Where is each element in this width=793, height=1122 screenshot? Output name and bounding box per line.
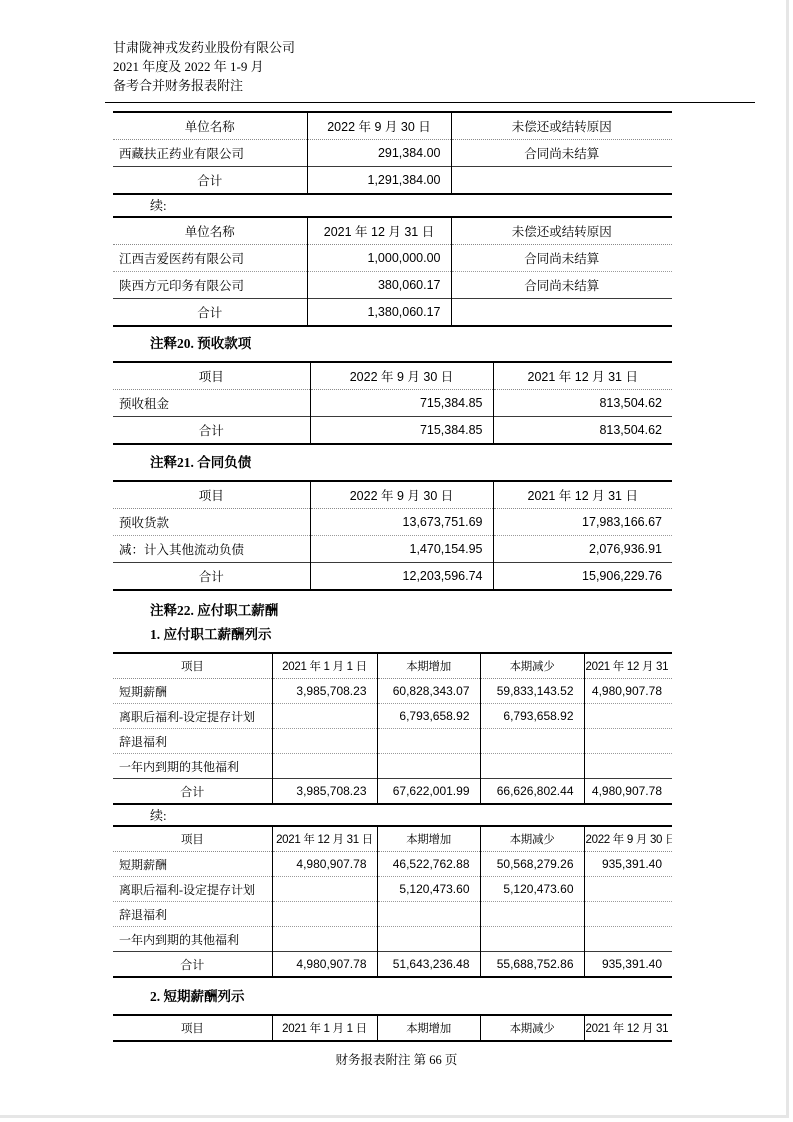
column-header-item: 项目 [113, 1015, 272, 1041]
cell-amount: 715,384.85 [310, 390, 493, 417]
cell-item: 一年内到期的其他福利 [113, 927, 272, 952]
table-row: 一年内到期的其他福利 [113, 754, 672, 779]
cell-unit-name: 西藏扶正药业有限公司 [113, 140, 307, 167]
table-row: 辞退福利 [113, 902, 672, 927]
cell-item: 辞退福利 [113, 902, 272, 927]
column-header-closing: 2021 年 12 月 31 日 [584, 653, 672, 679]
cell-amount [584, 902, 672, 927]
payroll-table-2021: 项目 2021 年 1 月 1 日 本期增加 本期减少 2021 年 12 月 … [113, 652, 672, 805]
cell-item: 预收货款 [113, 509, 310, 536]
table-header-row: 项目 2021 年 12 月 31 日 本期增加 本期减少 2022 年 9 月… [113, 826, 672, 852]
cell-amount: 46,522,762.88 [377, 852, 480, 877]
total-row: 合计 1,291,384.00 [113, 167, 672, 195]
cell-amount [480, 754, 584, 779]
cell-unit-name: 江西吉爱医药有限公司 [113, 245, 307, 272]
cell-amount: 1,000,000.00 [307, 245, 451, 272]
company-name: 甘肃陇神戎发药业股份有限公司 [113, 38, 786, 57]
table-header-row: 单位名称 2022 年 9 月 30 日 未偿还或结转原因 [113, 112, 672, 140]
total-row: 合计 1,380,060.17 [113, 299, 672, 327]
column-header-closing: 2022 年 9 月 30 日 [584, 826, 672, 852]
cell-item: 短期薪酬 [113, 679, 272, 704]
column-header-closing: 2021 年 12 月 31 日 [584, 1015, 672, 1041]
column-header-opening: 2021 年 1 月 1 日 [272, 1015, 377, 1041]
cell-amount: 12,203,596.74 [310, 563, 493, 591]
column-header-opening: 2021 年 12 月 31 日 [272, 826, 377, 852]
table-header-row: 项目 2022 年 9 月 30 日 2021 年 12 月 31 日 [113, 481, 672, 509]
table-row: 短期薪酬 3,985,708.23 60,828,343.07 59,833,1… [113, 679, 672, 704]
column-header-opening: 2021 年 1 月 1 日 [272, 653, 377, 679]
column-header-date: 2022 年 9 月 30 日 [307, 112, 451, 140]
total-row: 合计 12,203,596.74 15,906,229.76 [113, 563, 672, 591]
cell-amount: 6,793,658.92 [377, 704, 480, 729]
cell-item: 预收租金 [113, 390, 310, 417]
cell-amount: 66,626,802.44 [480, 779, 584, 805]
column-header-increase: 本期增加 [377, 653, 480, 679]
cell-amount [480, 729, 584, 754]
column-header-decrease: 本期减少 [480, 653, 584, 679]
cell-amount: 2,076,936.91 [493, 536, 672, 563]
cell-total-label: 合计 [113, 779, 272, 805]
total-row: 合计 3,985,708.23 67,622,001.99 66,626,802… [113, 779, 672, 805]
column-header-date: 2022 年 9 月 30 日 [310, 362, 493, 390]
cell-amount: 4,980,907.78 [272, 952, 377, 978]
cell-reason: 合同尚未结算 [451, 272, 672, 299]
cell-unit-name: 陕西方元印务有限公司 [113, 272, 307, 299]
cell-amount [272, 877, 377, 902]
cell-amount [584, 729, 672, 754]
table-header-row: 单位名称 2021 年 12 月 31 日 未偿还或结转原因 [113, 217, 672, 245]
cell-amount: 1,380,060.17 [307, 299, 451, 327]
cell-amount [584, 927, 672, 952]
table-row: 陕西方元印务有限公司 380,060.17 合同尚未结算 [113, 272, 672, 299]
cell-amount: 4,980,907.78 [584, 779, 672, 805]
cell-amount: 6,793,658.92 [480, 704, 584, 729]
cell-amount: 1,291,384.00 [307, 167, 451, 195]
total-row: 合计 4,980,907.78 51,643,236.48 55,688,752… [113, 952, 672, 978]
cell-amount [377, 729, 480, 754]
cell-amount: 5,120,473.60 [480, 877, 584, 902]
continued-label: 续: [150, 199, 786, 213]
cell-amount: 51,643,236.48 [377, 952, 480, 978]
column-header-reason: 未偿还或结转原因 [451, 217, 672, 245]
cell-amount: 935,391.40 [584, 852, 672, 877]
cell-item: 离职后福利-设定提存计划 [113, 877, 272, 902]
cell-amount: 15,906,229.76 [493, 563, 672, 591]
cell-amount: 291,384.00 [307, 140, 451, 167]
report-title: 备考合并财务报表附注 [113, 76, 786, 95]
table-row: 西藏扶正药业有限公司 291,384.00 合同尚未结算 [113, 140, 672, 167]
cell-total-label: 合计 [113, 563, 310, 591]
cell-amount [272, 754, 377, 779]
column-header-decrease: 本期减少 [480, 1015, 584, 1041]
cell-amount: 3,985,708.23 [272, 679, 377, 704]
cell-amount: 67,622,001.99 [377, 779, 480, 805]
sub2-heading: 2. 短期薪酬列示 [150, 988, 786, 1005]
column-header-item: 项目 [113, 481, 310, 509]
column-header-increase: 本期增加 [377, 826, 480, 852]
cell-reason [451, 167, 672, 195]
column-header-unit-name: 单位名称 [113, 112, 307, 140]
table-row: 辞退福利 [113, 729, 672, 754]
cell-reason: 合同尚未结算 [451, 245, 672, 272]
table-row: 江西吉爱医药有限公司 1,000,000.00 合同尚未结算 [113, 245, 672, 272]
table-row: 一年内到期的其他福利 [113, 927, 672, 952]
cell-amount [272, 927, 377, 952]
table-header-row: 项目 2022 年 9 月 30 日 2021 年 12 月 31 日 [113, 362, 672, 390]
contract-liabilities-table: 项目 2022 年 9 月 30 日 2021 年 12 月 31 日 预收货款… [113, 480, 672, 591]
cell-amount: 17,983,166.67 [493, 509, 672, 536]
column-header-item: 项目 [113, 826, 272, 852]
cell-reason: 合同尚未结算 [451, 140, 672, 167]
cell-amount: 813,504.62 [493, 390, 672, 417]
short-term-salary-table: 项目 2021 年 1 月 1 日 本期增加 本期减少 2021 年 12 月 … [113, 1014, 672, 1042]
note22-heading: 注释22. 应付职工薪酬 [150, 602, 786, 619]
table-row: 预收货款 13,673,751.69 17,983,166.67 [113, 509, 672, 536]
document-page: 甘肃陇神戎发药业股份有限公司 2021 年度及 2022 年 1-9 月 备考合… [0, 0, 789, 1118]
overdue-table-dec2021: 单位名称 2021 年 12 月 31 日 未偿还或结转原因 江西吉爱医药有限公… [113, 216, 672, 327]
cell-amount: 50,568,279.26 [480, 852, 584, 877]
column-header-date: 2021 年 12 月 31 日 [307, 217, 451, 245]
cell-item: 短期薪酬 [113, 852, 272, 877]
sub1-heading: 1. 应付职工薪酬列示 [150, 626, 786, 643]
cell-amount: 55,688,752.86 [480, 952, 584, 978]
cell-amount [584, 754, 672, 779]
continued-label: 续: [150, 809, 786, 823]
column-header-increase: 本期增加 [377, 1015, 480, 1041]
cell-amount [480, 927, 584, 952]
table-row: 减：计入其他流动负债 1,470,154.95 2,076,936.91 [113, 536, 672, 563]
cell-amount: 813,504.62 [493, 417, 672, 445]
cell-amount [584, 877, 672, 902]
column-header-date: 2021 年 12 月 31 日 [493, 362, 672, 390]
column-header-decrease: 本期减少 [480, 826, 584, 852]
cell-amount [377, 902, 480, 927]
cell-amount: 715,384.85 [310, 417, 493, 445]
cell-amount [377, 754, 480, 779]
cell-item: 离职后福利-设定提存计划 [113, 704, 272, 729]
cell-amount: 4,980,907.78 [584, 679, 672, 704]
doc-header: 甘肃陇神戎发药业股份有限公司 2021 年度及 2022 年 1-9 月 备考合… [113, 38, 786, 95]
cell-amount: 59,833,143.52 [480, 679, 584, 704]
cell-amount [272, 729, 377, 754]
cell-item: 减：计入其他流动负债 [113, 536, 310, 563]
table-header-row: 项目 2021 年 1 月 1 日 本期增加 本期减少 2021 年 12 月 … [113, 653, 672, 679]
column-header-reason: 未偿还或结转原因 [451, 112, 672, 140]
payroll-table-2022: 项目 2021 年 12 月 31 日 本期增加 本期减少 2022 年 9 月… [113, 825, 672, 978]
column-header-date: 2021 年 12 月 31 日 [493, 481, 672, 509]
cell-amount: 1,470,154.95 [310, 536, 493, 563]
header-rule [105, 102, 755, 103]
column-header-date: 2022 年 9 月 30 日 [310, 481, 493, 509]
note21-heading: 注释21. 合同负债 [150, 454, 786, 471]
report-period: 2021 年度及 2022 年 1-9 月 [113, 57, 786, 76]
total-row: 合计 715,384.85 813,504.62 [113, 417, 672, 445]
cell-amount [272, 704, 377, 729]
cell-amount: 935,391.40 [584, 952, 672, 978]
overdue-table-sep2022: 单位名称 2022 年 9 月 30 日 未偿还或结转原因 西藏扶正药业有限公司… [113, 111, 672, 195]
page-footer: 财务报表附注 第 66 页 [0, 1050, 793, 1068]
cell-total-label: 合计 [113, 952, 272, 978]
note20-heading: 注释20. 预收款项 [150, 335, 786, 352]
cell-amount: 60,828,343.07 [377, 679, 480, 704]
table-header-row: 项目 2021 年 1 月 1 日 本期增加 本期减少 2021 年 12 月 … [113, 1015, 672, 1041]
table-row: 离职后福利-设定提存计划 5,120,473.60 5,120,473.60 [113, 877, 672, 902]
cell-amount [480, 902, 584, 927]
cell-total-label: 合计 [113, 417, 310, 445]
cell-reason [451, 299, 672, 327]
advance-receipts-table: 项目 2022 年 9 月 30 日 2021 年 12 月 31 日 预收租金… [113, 361, 672, 445]
column-header-item: 项目 [113, 653, 272, 679]
cell-amount: 380,060.17 [307, 272, 451, 299]
cell-amount: 4,980,907.78 [272, 852, 377, 877]
table-row: 预收租金 715,384.85 813,504.62 [113, 390, 672, 417]
cell-item: 辞退福利 [113, 729, 272, 754]
cell-amount [584, 704, 672, 729]
cell-amount [272, 902, 377, 927]
column-header-unit-name: 单位名称 [113, 217, 307, 245]
column-header-item: 项目 [113, 362, 310, 390]
cell-amount: 5,120,473.60 [377, 877, 480, 902]
table-row: 离职后福利-设定提存计划 6,793,658.92 6,793,658.92 [113, 704, 672, 729]
cell-total-label: 合计 [113, 299, 307, 327]
table-row: 短期薪酬 4,980,907.78 46,522,762.88 50,568,2… [113, 852, 672, 877]
cell-amount: 13,673,751.69 [310, 509, 493, 536]
cell-item: 一年内到期的其他福利 [113, 754, 272, 779]
cell-amount: 3,985,708.23 [272, 779, 377, 805]
cell-total-label: 合计 [113, 167, 307, 195]
cell-amount [377, 927, 480, 952]
